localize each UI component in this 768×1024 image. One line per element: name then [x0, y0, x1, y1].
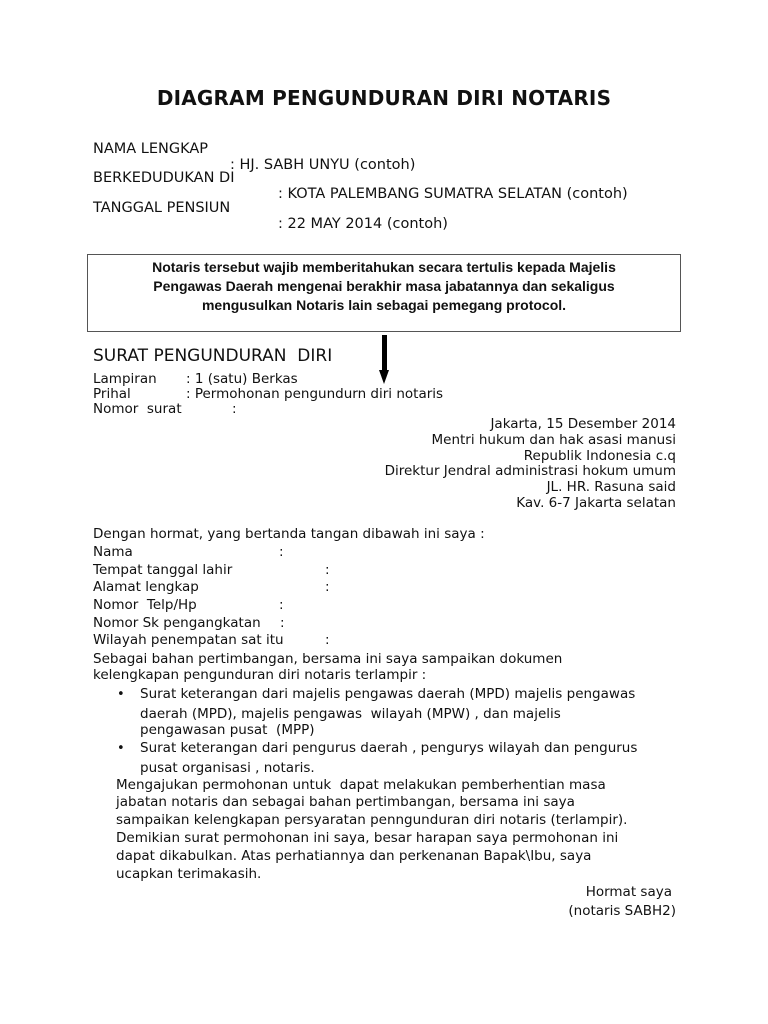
bullet-icon: • [117, 687, 125, 702]
header-value: : 22 MAY 2014 (contoh) [278, 216, 448, 232]
intro-line: Sebagai bahan pertimbangan, bersama ini … [93, 651, 562, 668]
bullet-line: Surat keterangan dari pengurus daerah , … [140, 740, 637, 757]
recipient-line: Direktur Jendral administrasi hokum umum [385, 463, 676, 480]
recipient-line: JL. HR. Rasuna said [547, 479, 676, 496]
closing-line: dapat dikabulkan. Atas perhatiannya dan … [116, 848, 591, 865]
signature-line: (notaris SABH2) [568, 903, 676, 920]
signature-line: Hormat saya [586, 884, 672, 901]
field-label: Nama [93, 544, 133, 561]
closing-line: Mengajukan permohonan untuk dapat melaku… [116, 777, 606, 794]
header-field-nama: NAMA LENGKAP : HJ. SABH UNYU (contoh) [93, 125, 693, 145]
header-field-tanggal-pensiun: TANGGAL PENSIUN : 22 MAY 2014 (contoh) [93, 184, 693, 204]
bullet-icon: • [117, 741, 125, 756]
letter-meta-nomor-value: : [232, 401, 237, 418]
intro-line: kelengkapan pengunduran diri notaris ter… [93, 667, 426, 684]
field-label: Tempat tanggal lahir [93, 562, 232, 579]
document-title: DIAGRAM PENGUNDURAN DIRI NOTARIS [0, 86, 768, 110]
field-colon: : [279, 597, 284, 614]
closing-line: sampaikan kelengkapan persyaratan penngu… [116, 812, 627, 829]
greeting: Dengan hormat, yang bertanda tangan diba… [93, 526, 485, 543]
field-label: Nomor Telp/Hp [93, 597, 197, 614]
field-colon: : [280, 615, 285, 632]
field-label: Wilayah penempatan sat itu [93, 632, 284, 649]
bullet-line: daerah (MPD), majelis pengawas wilayah (… [140, 706, 561, 723]
header-label: TANGGAL PENSIUN [93, 200, 230, 216]
closing-line: jabatan notaris dan sebagai bahan pertim… [116, 794, 575, 811]
field-colon: : [279, 544, 284, 561]
recipient-line: Jakarta, 15 Desember 2014 [490, 416, 676, 433]
closing-line: Demikian surat permohonan ini saya, besa… [116, 830, 618, 847]
recipient-line: Kav. 6-7 Jakarta selatan [516, 495, 676, 512]
field-label: Nomor Sk pengangkatan [93, 615, 261, 632]
field-colon: : [325, 562, 330, 579]
notice-box: Notaris tersebut wajib memberitahukan se… [87, 254, 681, 332]
letter-title: SURAT PENGUNDURAN DIRI [93, 346, 332, 366]
field-colon: : [325, 579, 330, 596]
closing-line: ucapkan terimakasih. [116, 866, 261, 883]
letter-meta-prihal-value: : Permohonan pengundurn diri notaris [186, 386, 443, 403]
bullet-line: Surat keterangan dari majelis pengawas d… [140, 686, 635, 703]
header-field-berkedudukan: BERKEDUDUKAN DI : KOTA PALEMBANG SUMATRA… [93, 154, 693, 174]
bullet-line: pengawasan pusat (MPP) [140, 722, 315, 739]
letter-meta-nomor-label: Nomor surat [93, 401, 182, 418]
field-label: Alamat lengkap [93, 579, 199, 596]
notice-text: Notaris tersebut wajib memberitahukan se… [88, 258, 680, 315]
recipient-line: Mentri hukum dan hak asasi manusi [431, 432, 676, 449]
field-colon: : [325, 632, 330, 649]
bullet-line: pusat organisasi , notaris. [140, 760, 315, 777]
